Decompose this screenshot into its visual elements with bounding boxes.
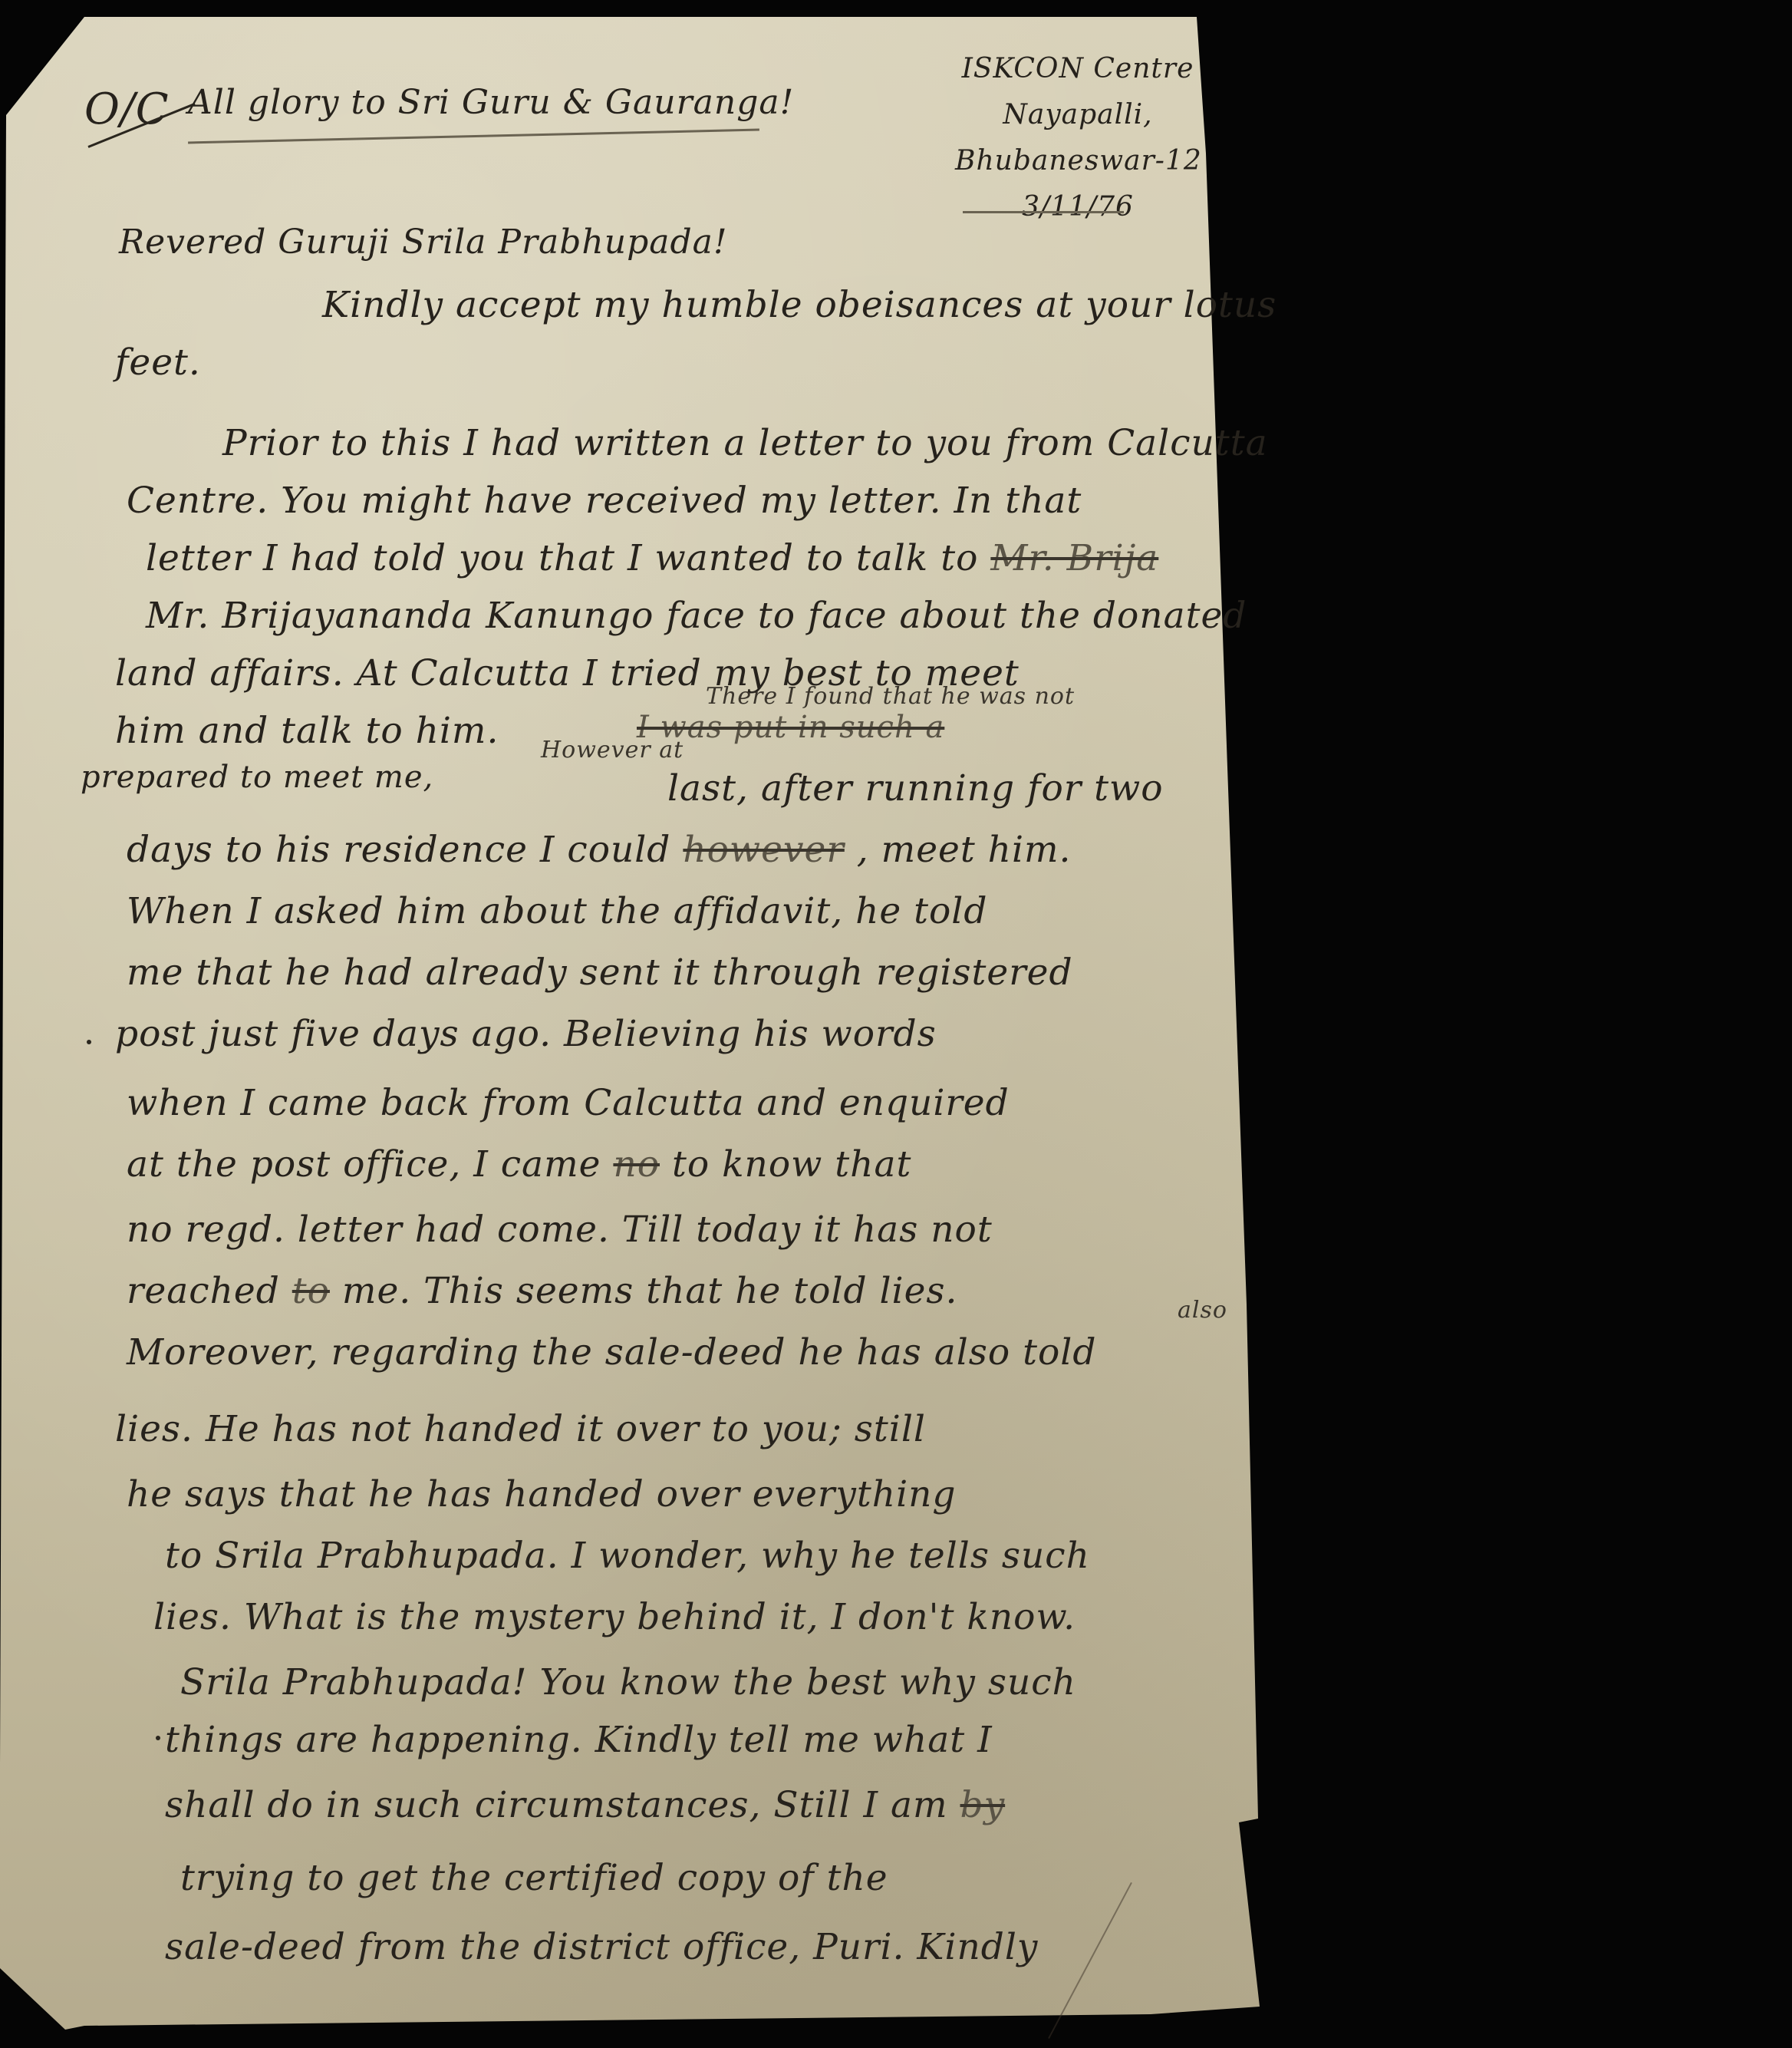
body-line: Kindly accept my humble obeisances at yo… (322, 284, 1276, 326)
address-line: Bhubaneswar-12 (955, 138, 1201, 184)
body-line: When I asked him about the affidavit, he… (127, 890, 987, 932)
salutation: Revered Guruji Srila Prabhupada! (119, 223, 728, 262)
body-line: Mr. Brijayananda Kanungo face to face ab… (146, 595, 1247, 637)
body-line: to Srila Prabhupada. I wonder, why he te… (165, 1535, 1090, 1577)
struck-text: Mr. Brija (990, 537, 1158, 579)
body-line: no regd. letter had come. Till today it … (127, 1209, 993, 1251)
struck-text: no (613, 1143, 660, 1186)
body-line: trying to get the certified copy of the (180, 1857, 888, 1899)
body-line: prepared to meet me, (81, 760, 433, 795)
body-line: shall do in such circumstances, Still I … (165, 1784, 1005, 1826)
struck-text: to (292, 1270, 330, 1312)
invocation-line: All glory to Sri Guru & Gauranga! (188, 83, 794, 122)
body-line: letter I had told you that I wanted to t… (146, 537, 1158, 579)
body-line: Moreover, regarding the sale-deed he has… (127, 1331, 1096, 1374)
body-text: me. This seems that he told lies. (342, 1270, 958, 1312)
body-line: post just five days ago. Believing his w… (115, 1013, 937, 1055)
body-text: to know that (672, 1143, 911, 1186)
body-line: he says that he has handed over everythi… (127, 1473, 956, 1515)
body-line: me that he had already sent it through r… (127, 951, 1073, 994)
body-text: , meet him. (857, 829, 1072, 871)
interlinear-insert: However at (541, 737, 684, 763)
margin-mark (87, 1040, 91, 1044)
body-line: when I came back from Calcutta and enqui… (127, 1082, 1010, 1124)
body-line: Prior to this I had written a letter to … (222, 422, 1268, 464)
body-line: at the post office, I came no to know th… (127, 1143, 911, 1186)
sender-address: ISKCON Centre Nayapalli, Bhubaneswar-12 … (955, 46, 1201, 230)
office-copy-mark: O/C (84, 84, 170, 134)
body-line: feet. (115, 341, 201, 384)
body-line: lies. He has not handed it over to you; … (115, 1408, 926, 1450)
struck-text: by (960, 1784, 1006, 1826)
body-text: reached (127, 1270, 280, 1312)
struck-text: however (683, 829, 844, 871)
body-line: him and talk to him. (115, 710, 499, 752)
margin-mark (156, 1736, 160, 1740)
body-text: at the post office, I came (127, 1143, 601, 1186)
body-line: lies. What is the mystery behind it, I d… (153, 1596, 1076, 1638)
body-line: reached to me. This seems that he told l… (127, 1270, 957, 1312)
body-line: Srila Prabhupada! You know the best why … (180, 1661, 1076, 1703)
date-underline (963, 211, 1124, 213)
address-line: Nayapalli, (955, 92, 1201, 138)
body-line: last, after running for two (667, 767, 1164, 810)
body-line: days to his residence I could however , … (127, 829, 1071, 871)
interlinear-insert: There I found that he was not (706, 683, 1075, 710)
address-line: ISKCON Centre (955, 46, 1201, 92)
body-line: sale-deed from the district office, Puri… (165, 1926, 1038, 1968)
body-text: days to his residence I could (127, 829, 670, 871)
letter-date: 3/11/76 (955, 184, 1201, 230)
body-text: letter I had told you that I wanted to t… (146, 537, 978, 579)
interlinear-insert: also (1178, 1297, 1227, 1324)
body-line: Centre. You might have received my lette… (127, 480, 1082, 522)
body-text: shall do in such circumstances, Still I … (165, 1784, 948, 1826)
body-line: things are happening. Kindly tell me wha… (165, 1719, 993, 1761)
